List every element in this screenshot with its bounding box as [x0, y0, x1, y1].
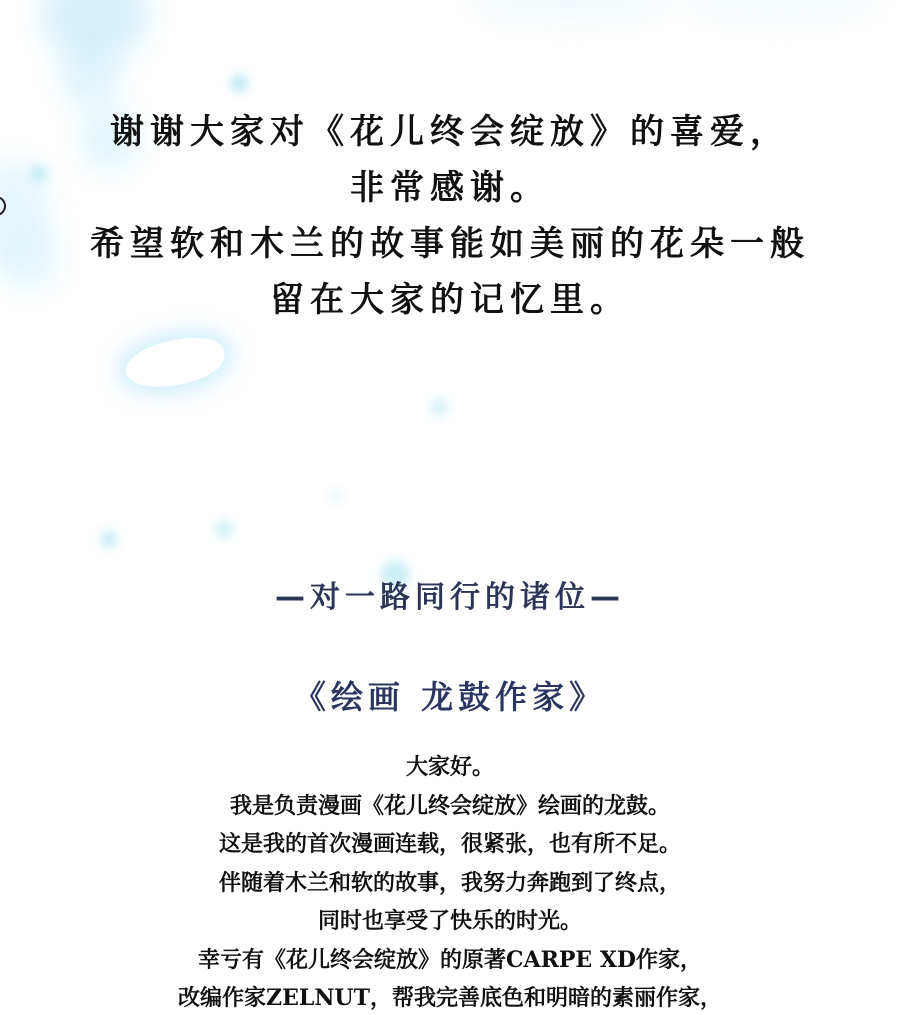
author-message: 大家好。 我是负责漫画《花儿终会绽放》绘画的龙鼓。 这是我的首次漫画连载，很紧张…	[0, 748, 900, 1015]
message-line: 伴随着木兰和软的故事，我努力奔跑到了终点，	[0, 864, 900, 903]
thanks-line: 谢谢大家对《花儿终会绽放》的喜爱，	[0, 104, 900, 160]
sparkle	[430, 398, 448, 416]
message-line: 同时也享受了快乐的时光。	[0, 902, 900, 941]
thanks-message: 谢谢大家对《花儿终会绽放》的喜爱， 非常感谢。 希望软和木兰的故事能如美丽的花朵…	[0, 104, 900, 328]
author-heading: 《绘画 龙鼓作家》	[0, 672, 900, 718]
petal-shape	[122, 333, 227, 391]
thanks-line: 留在大家的记忆里。	[0, 272, 900, 328]
message-line: 改编作家ZELNUT，帮我完善底色和明暗的素丽作家，	[0, 979, 900, 1015]
petal-blur	[40, 0, 150, 60]
message-line: 大家好。	[0, 748, 900, 787]
petal-blur	[680, 0, 880, 20]
petal-blur	[470, 0, 670, 20]
petal-blur	[60, 40, 120, 110]
thanks-line: 非常感谢。	[0, 160, 900, 216]
message-line: 幸亏有《花儿终会绽放》的原著CARPE XD作家，	[0, 941, 900, 980]
sparkle	[330, 490, 342, 502]
sparkle	[100, 530, 118, 548]
message-line: 这是我的首次漫画连载，很紧张，也有所不足。	[0, 825, 900, 864]
message-line: 我是负责漫画《花儿终会绽放》绘画的龙鼓。	[0, 787, 900, 826]
sparkle	[215, 520, 233, 538]
section-heading: —对一路同行的诸位—	[0, 572, 900, 616]
thanks-line: 希望软和木兰的故事能如美丽的花朵一般	[0, 216, 900, 272]
sparkle	[230, 74, 248, 92]
